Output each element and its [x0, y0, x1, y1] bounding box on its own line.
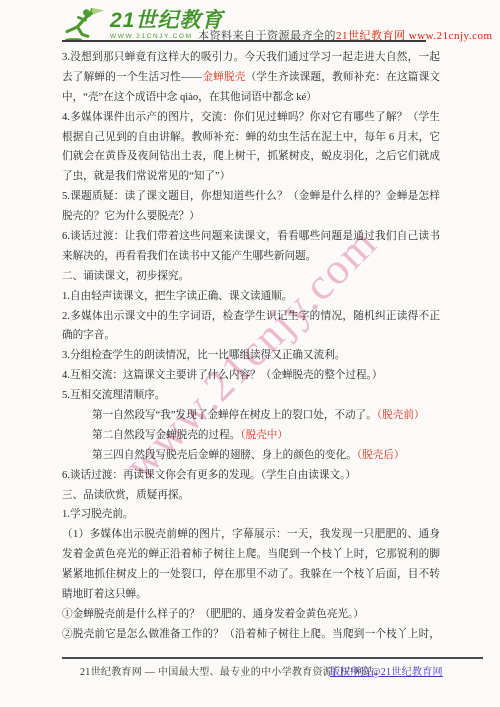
- highlighted-text: （脱壳前）: [377, 410, 425, 421]
- text-line: 1.学习脱壳前。: [62, 505, 440, 525]
- text-segment: 3.没想到那只蝉竟有这样大的吸引力。今天我们通过学习一起走进大自然，一起: [62, 52, 440, 63]
- highlighted-text: （脱壳中）: [240, 430, 288, 441]
- text-segment: 5.互相交流理清顺序。: [62, 390, 165, 401]
- footer-divider: [62, 657, 483, 659]
- text-line: 睛地盯着这只蝉。: [62, 585, 440, 605]
- text-segment: 6.谈话过渡：再读课文你会有更多的发现。（学生自由读课文。）: [62, 470, 356, 481]
- footer: 21世纪教育网 — 中国最大型、最专业的中小学教育资源门户网站。 版权所有@21…: [80, 663, 460, 678]
- text-segment: 4.多媒体课件出示产的图片，交流：你们见过蝉吗？你对它有哪些了解？（学生: [62, 112, 440, 123]
- text-segment: ②脱壳前它是怎么做准备工作的？（沿着柿子树往上爬。当爬到一个枝丫上时，: [62, 629, 440, 640]
- document-page: 21世纪教育 WWW.21CNJY.COM 本资料来自于资源最齐全的21世纪教育…: [0, 0, 500, 707]
- text-segment: 根据自己见到的自由讲解。教师补充：蝉的幼虫生活在泥土中，每年 6 月末，它: [62, 132, 440, 143]
- text-line: 根据自己见到的自由讲解。教师补充：蝉的幼虫生活在泥土中，每年 6 月末，它: [62, 128, 440, 148]
- text-segment: 第一自然段写“我”发现了金蝉停在树皮上的裂口处，不动了。: [92, 410, 377, 421]
- text-line: 中，“壳”在这个成语中念 qiào，在其他词语中都念 ké）: [62, 88, 440, 108]
- highlighted-text: （脱壳后）: [357, 450, 405, 461]
- header-divider: [62, 40, 426, 42]
- lesson-plan-text: 3.没想到那只蝉竟有这样大的吸引力。今天我们通过学习一起走进大自然，一起去了解蝉…: [62, 48, 440, 645]
- text-line: 6.谈话过渡：再读课文你会有更多的发现。（学生自由读课文。）: [62, 466, 440, 486]
- text-line: 了虫，就是我们常说常见的“知了”）: [62, 167, 440, 187]
- text-line: 第三四自然段写脱壳后金蝉的翅膀、身上的颜色的变化。（脱壳后）: [92, 446, 440, 466]
- text-line: 来解决的，再看看我们在读书中又能产生哪些新问题。: [62, 247, 440, 267]
- text-line: 三、品读欣赏，质疑再探。: [62, 486, 440, 506]
- text-segment: 5.课题质疑：读了课文题目，你想知道些什么？（金蝉是什么样的？金蝉是怎样: [62, 191, 440, 202]
- text-segment: 了虫，就是我们常说常见的“知了”）: [62, 171, 230, 182]
- text-line: 4.多媒体课件出示产的图片，交流：你们见过蝉吗？你对它有哪些了解？（学生: [62, 108, 440, 128]
- text-line: 3.没想到那只蝉竟有这样大的吸引力。今天我们通过学习一起走进大自然，一起: [62, 48, 440, 68]
- text-segment: 2.多媒体出示课文中的生字词语，检查学生识记生字的情况，随机纠正读得不正: [62, 311, 440, 322]
- text-segment: 发着金黄色亮光的蝉正沿着柿子树往上爬。当爬到一个枝丫上时，它那锐利的脚: [62, 549, 440, 560]
- text-line: 第二自然段写金蝉脱壳的过程。（脱壳中）: [92, 426, 440, 446]
- text-line: ②脱壳前它是怎么做准备工作的？（沿着柿子树往上爬。当爬到一个枝丫上时，: [62, 625, 440, 645]
- text-segment: 第三四自然段写脱壳后金蝉的翅膀、身上的颜色的变化。: [92, 450, 357, 461]
- text-line: 去了解蝉的一个生活习性——金蝉脱壳（学生齐读课题，教师补充：在这篇课文: [62, 68, 440, 88]
- text-segment: 睛地盯着这只蝉。: [62, 589, 147, 600]
- text-line: （1）多媒体出示脱壳前蝉的图片，字幕展示：一天，我发现一只肥肥的、通身: [62, 525, 440, 545]
- text-line: 6.谈话过渡：让我们带着这些问题来读课文，看看哪些问题是通过我们自己读书: [62, 227, 440, 247]
- text-segment: 紧紧地抓住树皮上的一处裂口，停在那里不动了。我躲在一个枝丫后面，目不转: [62, 569, 440, 580]
- text-segment: 4.互相交流：这篇课文主要讲了什么内容？（金蝉脱壳的整个过程。）: [62, 370, 382, 381]
- text-line: 二、诵读课文，初步探究。: [62, 267, 440, 287]
- text-segment: 6.谈话过渡：让我们带着这些问题来读课文，看看哪些问题是通过我们自己读书: [62, 231, 440, 242]
- text-segment: 们就会在黄昏及夜间钻出土表，爬上树干，抓紧树皮，蜕皮羽化，之后它们就成: [62, 151, 440, 162]
- text-line: 确的字音。: [62, 326, 440, 346]
- text-line: 第一自然段写“我”发现了金蝉停在树皮上的裂口处，不动了。（脱壳前）: [92, 406, 440, 426]
- copyright-link[interactable]: 版权所有@21世纪教育网: [330, 663, 443, 678]
- runner-icon: [62, 6, 108, 42]
- text-segment: 1.自由轻声读课文，把生字读正确、课文读通顺。: [62, 291, 292, 302]
- text-segment: 脱壳的？它为什么要脱壳？）: [62, 211, 200, 222]
- text-line: 紧紧地抓住树皮上的一处裂口，停在那里不动了。我躲在一个枝丫后面，目不转: [62, 565, 440, 585]
- text-line: ①金蝉脱壳前是什么样子的？（肥肥的、通身发着金黄色亮光。）: [62, 605, 440, 625]
- text-segment: 二、诵读课文，初步探究。: [62, 271, 189, 282]
- text-segment: 确的字音。: [62, 330, 115, 341]
- text-line: 们就会在黄昏及夜间钻出土表，爬上树干，抓紧树皮，蜕皮羽化，之后它们就成: [62, 147, 440, 167]
- text-segment: 三、品读欣赏，质疑再探。: [62, 490, 189, 501]
- text-segment: 中，“壳”在这个成语中念 qiào，在其他词语中都念 ké）: [62, 92, 317, 103]
- text-line: 发着金黄色亮光的蝉正沿着柿子树往上爬。当爬到一个枝丫上时，它那锐利的脚: [62, 545, 440, 565]
- text-line: 5.互相交流理清顺序。: [62, 386, 440, 406]
- text-line: 脱壳的？它为什么要脱壳？）: [62, 207, 440, 227]
- text-line: 1.自由轻声读课文，把生字读正确、课文读通顺。: [62, 287, 440, 307]
- text-segment: （学生齐读课题，教师补充：在这篇课文: [246, 72, 440, 83]
- text-line: 4.互相交流：这篇课文主要讲了什么内容？（金蝉脱壳的整个过程。）: [62, 366, 440, 386]
- text-line: 2.多媒体出示课文中的生字词语，检查学生识记生字的情况，随机纠正读得不正: [62, 307, 440, 327]
- text-segment: ①金蝉脱壳前是什么样子的？（肥肥的、通身发着金黄色亮光。）: [62, 609, 364, 620]
- text-segment: 1.学习脱壳前。: [62, 509, 134, 520]
- text-segment: 3.分组检查学生的朗读情况，比一比哪组读得又正确又流利。: [62, 350, 345, 361]
- text-line: 3.分组检查学生的朗读情况，比一比哪组读得又正确又流利。: [62, 346, 440, 366]
- text-line: 5.课题质疑：读了课文题目，你想知道些什么？（金蝉是什么样的？金蝉是怎样: [62, 187, 440, 207]
- text-segment: 去了解蝉的一个生活习性——: [62, 72, 202, 83]
- text-segment: 来解决的，再看看我们在读书中又能产生哪些新问题。: [62, 251, 316, 262]
- text-segment: 第二自然段写金蝉脱壳的过程。: [92, 430, 240, 441]
- highlighted-text: 金蝉脱壳: [202, 72, 245, 83]
- text-segment: （1）多媒体出示脱壳前蝉的图片，字幕展示：一天，我发现一只肥肥的、通身: [62, 529, 440, 540]
